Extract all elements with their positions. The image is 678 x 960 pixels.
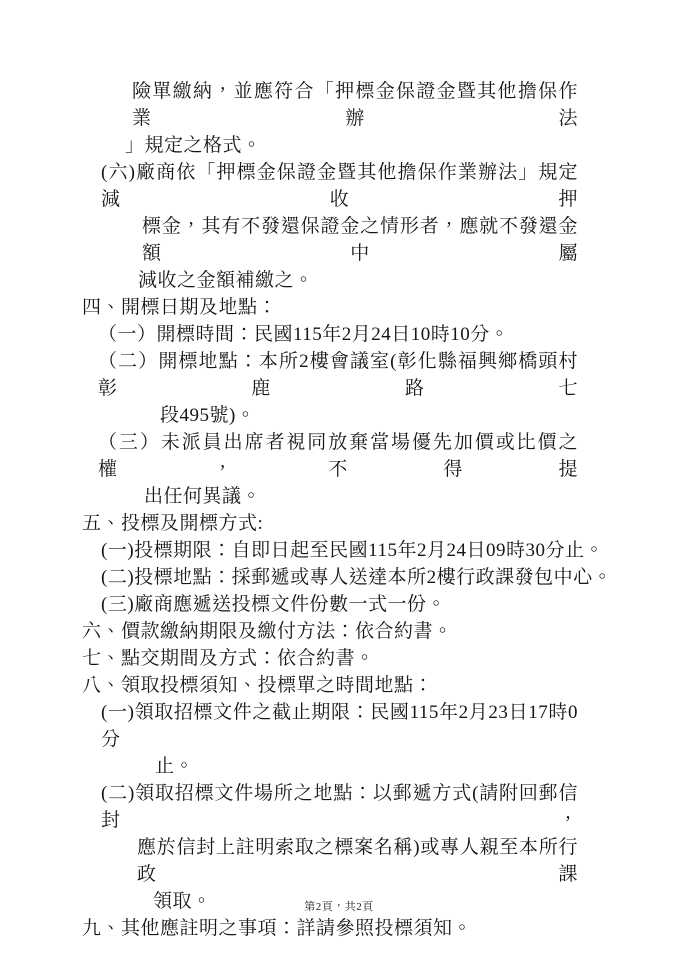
document-line: 」規定之格式。 [82, 132, 578, 159]
document-line: 標金，其有不發還保證金之情形者，應就不發還金額中屬 [82, 213, 578, 267]
document-line: （二）開標地點：本所2樓會議室(彰化縣福興鄉橋頭村彰鹿路七 [82, 348, 578, 402]
document-page: 險單繳納，並應符合「押標金保證金暨其他擔保作業辦法」規定之格式。(六)廠商依「押… [0, 0, 678, 960]
document-line: (一)投標期限：自即日起至民國115年2月24日09時30分止。 [82, 537, 578, 564]
document-line: (一)領取招標文件之截止期限：民國115年2月23日17時0分 [82, 699, 578, 753]
document-line: (六)廠商依「押標金保證金暨其他擔保作業辦法」規定減收押 [82, 159, 578, 213]
document-line: (三)廠商應遞送投標文件份數一式一份。 [82, 591, 578, 618]
document-line: 九、其他應註明之事項：詳請參照投標須知。 [82, 915, 578, 942]
document-line: 六、價款繳納期限及繳付方法：依合約書。 [82, 618, 578, 645]
document-line: 五、投標及開標方式: [82, 510, 578, 537]
document-line: （一）開標時間：民國115年2月24日10時10分。 [82, 321, 578, 348]
document-line: 出任何異議。 [82, 483, 578, 510]
document-line: (二)領取招標文件場所之地點：以郵遞方式(請附回郵信封， [82, 780, 578, 834]
document-line: 四、開標日期及地點： [82, 294, 578, 321]
document-line: 七、點交期間及方式：依合約書。 [82, 645, 578, 672]
document-line: (二)投標地點：採郵遞或專人送達本所2樓行政課發包中心。 [82, 564, 578, 591]
document-line: 險單繳納，並應符合「押標金保證金暨其他擔保作業辦法 [82, 78, 578, 132]
page-number-indicator: 第2頁，共2頁 [0, 898, 678, 914]
document-line: 段495號)。 [82, 402, 578, 429]
document-line: （三）未派員出席者視同放棄當場優先加價或比價之權，不得提 [82, 429, 578, 483]
document-body: 險單繳納，並應符合「押標金保證金暨其他擔保作業辦法」規定之格式。(六)廠商依「押… [82, 78, 578, 942]
document-line: 八、領取投標須知、投標單之時間地點： [82, 672, 578, 699]
document-line: 減收之金額補繳之。 [82, 267, 578, 294]
document-line: 止。 [82, 753, 578, 780]
document-line: 應於信封上註明索取之標案名稱)或專人親至本所行政課 [82, 834, 578, 888]
